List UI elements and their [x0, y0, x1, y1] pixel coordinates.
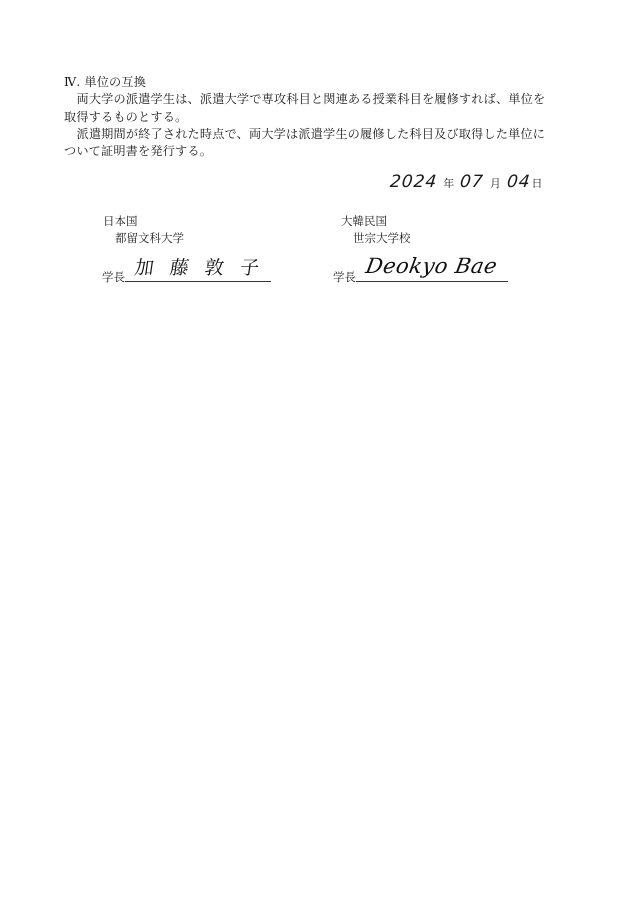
party-japan: 日本国 都留文科大学	[103, 213, 184, 247]
president-label: 学長	[102, 270, 125, 284]
section-heading: Ⅳ. 単位の互換	[64, 74, 554, 91]
signature-block-right: 学長 Deokyo Bae	[333, 254, 508, 284]
date-day: 04	[506, 172, 532, 192]
president-label: 学長	[333, 270, 356, 284]
party-university: 都留文科大学	[103, 230, 184, 247]
paragraph-certificate-issuance: 派遣期間が終了された時点で、両大学は派遣学生の履修した科目及び取得した単位につい…	[64, 126, 554, 161]
party-country: 大韓民国	[341, 213, 411, 230]
handwritten-signature: Deokyo Bae	[364, 254, 499, 278]
handwritten-signature: 加 藤 敦 子	[133, 253, 266, 280]
signing-date: 2024 年 07 月 04 日	[390, 172, 543, 196]
signature-line: Deokyo Bae	[356, 253, 508, 282]
signature-block-left: 学長 加 藤 敦 子	[102, 254, 271, 284]
signature-line: 加 藤 敦 子	[125, 253, 271, 282]
date-month: 07	[459, 172, 485, 192]
party-country: 日本国	[103, 213, 184, 230]
date-year: 2024	[389, 172, 438, 192]
credit-transfer-section: Ⅳ. 単位の互換 両大学の派遣学生は、派遣大学で専攻科目と関連ある授業科目を履修…	[64, 74, 554, 160]
date-month-unit: 月	[490, 175, 501, 191]
party-university: 世宗大学校	[341, 230, 411, 247]
date-day-unit: 日	[532, 175, 543, 191]
date-year-unit: 年	[443, 175, 454, 191]
party-korea: 大韓民国 世宗大学校	[341, 213, 411, 247]
document-page: Ⅳ. 単位の互換 両大学の派遣学生は、派遣大学で専攻科目と関連ある授業科目を履修…	[0, 0, 630, 903]
paragraph-credit-acquisition: 両大学の派遣学生は、派遣大学で専攻科目と関連ある授業科目を履修すれば、単位を取得…	[64, 91, 554, 126]
